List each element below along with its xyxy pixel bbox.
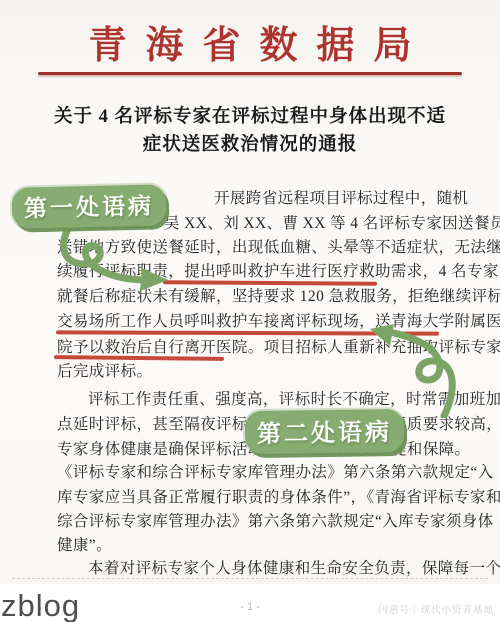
body-line: 综合评标专家库管理办法》第六条第六款规定“入库专家须身体 [57,509,494,531]
body-line: 库专家应当具备正常履行职责的身体条件”，《青海省评标专家和 [57,485,500,507]
curly-arrow-icon-2 [358,324,464,418]
right-watermark: 闪惠号｜现代小资青基地 [378,602,494,616]
body-line: 开展跨省远程项目评标过程中，随机 [214,186,468,208]
grammar-error-label-1: 第一处语病 [12,184,167,228]
grammar-error-label-2: 第二处语病 [245,409,405,454]
org-header-title: 青海省数据局 [0,14,500,69]
body-line: 《评标专家和综合评标专家库管理办法》第六条第六款规定“入 [57,460,494,482]
photo-edge-divider [12,578,488,579]
body-line: 本着对评标专家个人身体健康和生命安全负责，保障每一个 [88,556,500,578]
header-divider-rule [38,72,462,75]
body-line: 健康”。 [57,533,112,555]
body-line: 后完成评标。 [57,359,152,381]
screenshot-root: 青海省数据局 关于 4 名评标专家在评标过程中身体出现不适 症状送医救治情况的通… [0,0,500,622]
doc-title-line1: 关于 4 名评标专家在评标过程中身体出现不适 [0,102,500,128]
doc-title-line2: 症状送医救治情况的通报 [0,130,500,156]
